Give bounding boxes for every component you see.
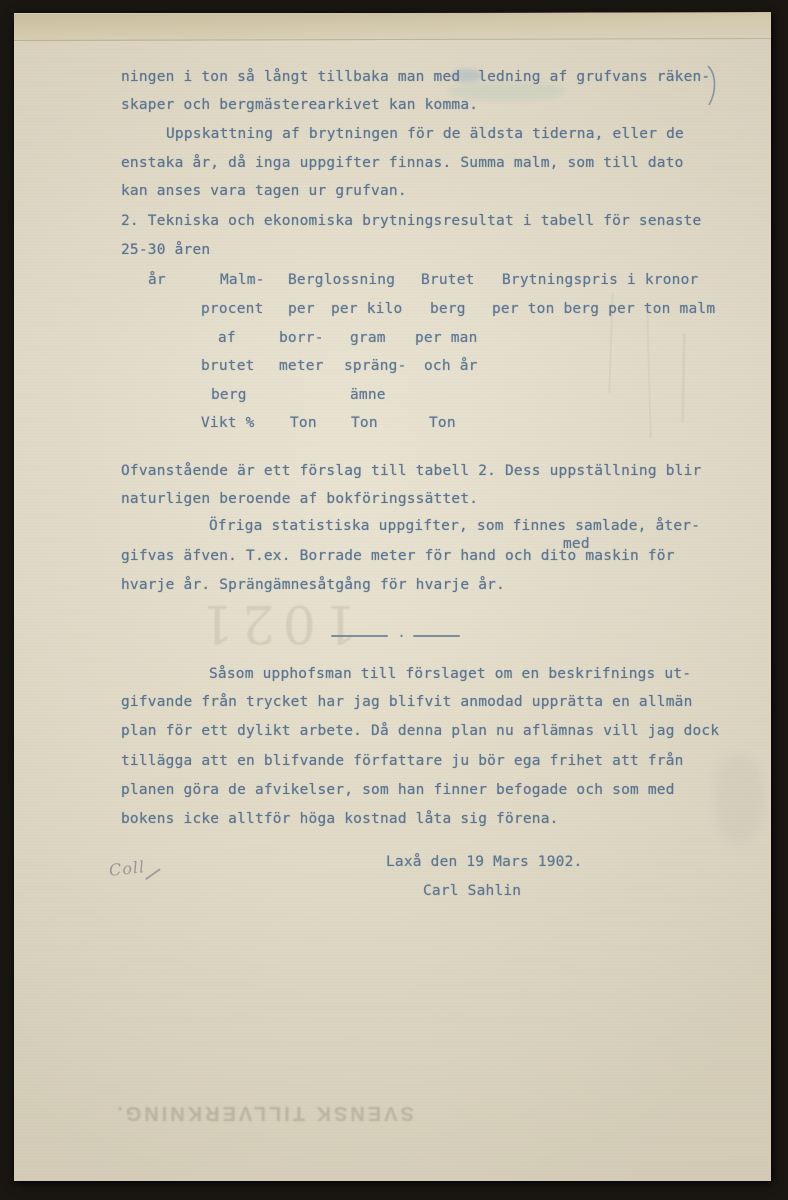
item-2-line: 2. Tekniska och ekonomiska brytningsresu…	[121, 211, 701, 231]
table-cell: spräng-	[344, 356, 407, 376]
paper-top-fold	[14, 12, 771, 41]
body-line: enstaka år, då inga uppgifter finnas. Su…	[121, 153, 684, 173]
table-cell: per	[288, 299, 315, 319]
body-line: bokens icke alltför höga kostnad låta si…	[121, 809, 559, 829]
table-header-cell: Malm-	[220, 270, 265, 290]
table-cell: berg	[430, 299, 466, 319]
table-cell: och år	[424, 356, 478, 376]
bleedthrough-stroke	[681, 333, 686, 423]
table-header-cell: Berglossning	[288, 270, 395, 290]
divider-dash-left	[331, 635, 388, 637]
body-line: naturligen beroende af bokföringssättet.	[121, 489, 478, 509]
table-cell: Vikt %	[201, 413, 255, 433]
table-cell: per man	[415, 328, 478, 348]
body-line: ningen i ton så långt tillbaka man med l…	[121, 67, 710, 87]
table-header-cell: Brytningspris i kronor	[502, 270, 698, 290]
table-cell: ämne	[350, 385, 386, 405]
body-line: Öfriga statistiska uppgifter, som finnes…	[121, 516, 700, 536]
signature-name: Carl Sahlin	[423, 881, 521, 901]
bleedthrough-stroke	[646, 308, 651, 438]
bleedthrough-blob	[714, 753, 764, 843]
table-cell: per kilo	[331, 299, 402, 319]
table-cell: Ton	[290, 413, 317, 433]
body-line: gifvande från trycket har jag blifvit an…	[121, 692, 693, 712]
body-line: planen göra de afvikelser, som han finne…	[121, 780, 675, 800]
body-line: tillägga att en blifvande författare ju …	[121, 751, 684, 771]
table-cell: berg	[211, 385, 247, 405]
table-cell: procent	[201, 299, 264, 319]
table-cell: af	[218, 328, 236, 348]
pencil-flourish	[145, 868, 161, 880]
divider-dash-right	[413, 635, 460, 637]
table-cell: Ton	[429, 413, 456, 433]
body-line: Ofvanstående är ett förslag till tabell …	[121, 461, 701, 481]
body-line: Såsom upphofsman till förslaget om en be…	[121, 664, 691, 684]
body-line: skaper och bergmästerearkivet kan komma.	[121, 95, 478, 115]
item-2-line: 25-30 åren	[121, 240, 210, 260]
signature-place-date: Laxå den 19 Mars 1902.	[386, 852, 582, 872]
scanned-document-photo: { "document": { "language": "Swedish", "…	[0, 0, 788, 1200]
pencil-initials: Coll	[108, 857, 146, 880]
table-cell: meter	[279, 356, 324, 376]
table-cell: gram	[350, 328, 386, 348]
body-line: gifvas äfven. T.ex. Borrade meter för ha…	[121, 546, 675, 566]
paper-sheet: 1021 SVENSK TILLVERKNING. ningen i ton s…	[14, 13, 771, 1181]
table-cell: per ton berg per ton malm	[492, 299, 715, 319]
table-cell: brutet	[201, 356, 255, 376]
body-line: plan för ett dylikt arbete. Då denna pla…	[121, 721, 719, 741]
table-cell: Ton	[351, 413, 378, 433]
divider-dot: .	[397, 623, 406, 641]
body-line: hvarje år. Sprängämnesåtgång för hvarje …	[121, 575, 505, 595]
table-header-cell: Brutet	[421, 270, 475, 290]
body-line: kan anses vara tagen ur grufvan.	[121, 181, 407, 201]
table-cell: borr-	[279, 328, 324, 348]
bleedthrough-numerals: 1021	[162, 593, 357, 653]
bleedthrough-stamp-text: SVENSK TILLVERKNING.	[114, 1101, 414, 1124]
body-line: Uppskattning af brytningen för de äldsta…	[121, 124, 684, 144]
table-header-cell: år	[148, 270, 166, 290]
